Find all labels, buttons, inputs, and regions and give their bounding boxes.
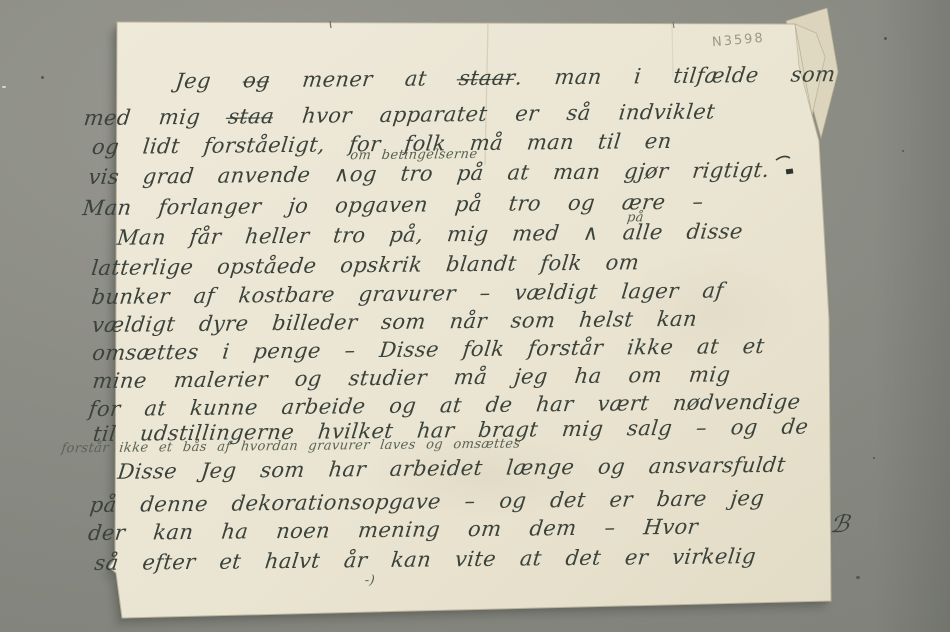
insertion-note: på bbox=[626, 210, 645, 225]
handwriting-block: Jeg o̶g̶ mener at s̶t̶a̶a̶r̶. man i tilf… bbox=[0, 0, 950, 632]
handwriting-line: Disse Jeg som har arbeidet længe og ansv… bbox=[116, 453, 787, 484]
handwriting-line: Man får heller tro på, mig med ∧ alle di… bbox=[116, 219, 744, 250]
handwriting-line: Jeg o̶g̶ mener at s̶t̶a̶a̶r̶. man i tilf… bbox=[174, 62, 837, 93]
closing-mark: ‐) bbox=[364, 573, 376, 588]
handwriting-line: så efter et halvt år kan vite at det er … bbox=[93, 544, 757, 575]
handwriting-line: omsættes i penge – Disse folk forstår ik… bbox=[91, 334, 766, 365]
handwriting-line: bunker af kostbare gravurer – vældigt la… bbox=[90, 278, 725, 309]
handwriting-line: mine malerier og studier må jeg ha om mi… bbox=[91, 362, 731, 393]
handwriting-line: på denne dekorationsopgave – og det er b… bbox=[89, 486, 766, 517]
handwriting-line: vis grad anvende ∧og tro på at man gjør … bbox=[87, 158, 771, 189]
handwriting-line: med mig s̶t̶a̶a̶ hvor apparatet er så in… bbox=[83, 99, 717, 130]
handwriting-line: vældigt dyre billeder som når som helst … bbox=[91, 307, 699, 337]
handwriting-line: der kan ha noen mening om dem – Hvor bbox=[87, 515, 700, 545]
flourish-mark: ℬ bbox=[829, 510, 851, 538]
handwriting-line: latterlige opståede opskrik blandt folk … bbox=[90, 250, 640, 280]
photo-backdrop: N3598 Jeg o̶g̶ mener at s̶t̶a̶a̶r̶. man … bbox=[0, 0, 950, 632]
handwriting-line: Man forlanger jo opgaven på tro og ære – bbox=[82, 190, 705, 221]
